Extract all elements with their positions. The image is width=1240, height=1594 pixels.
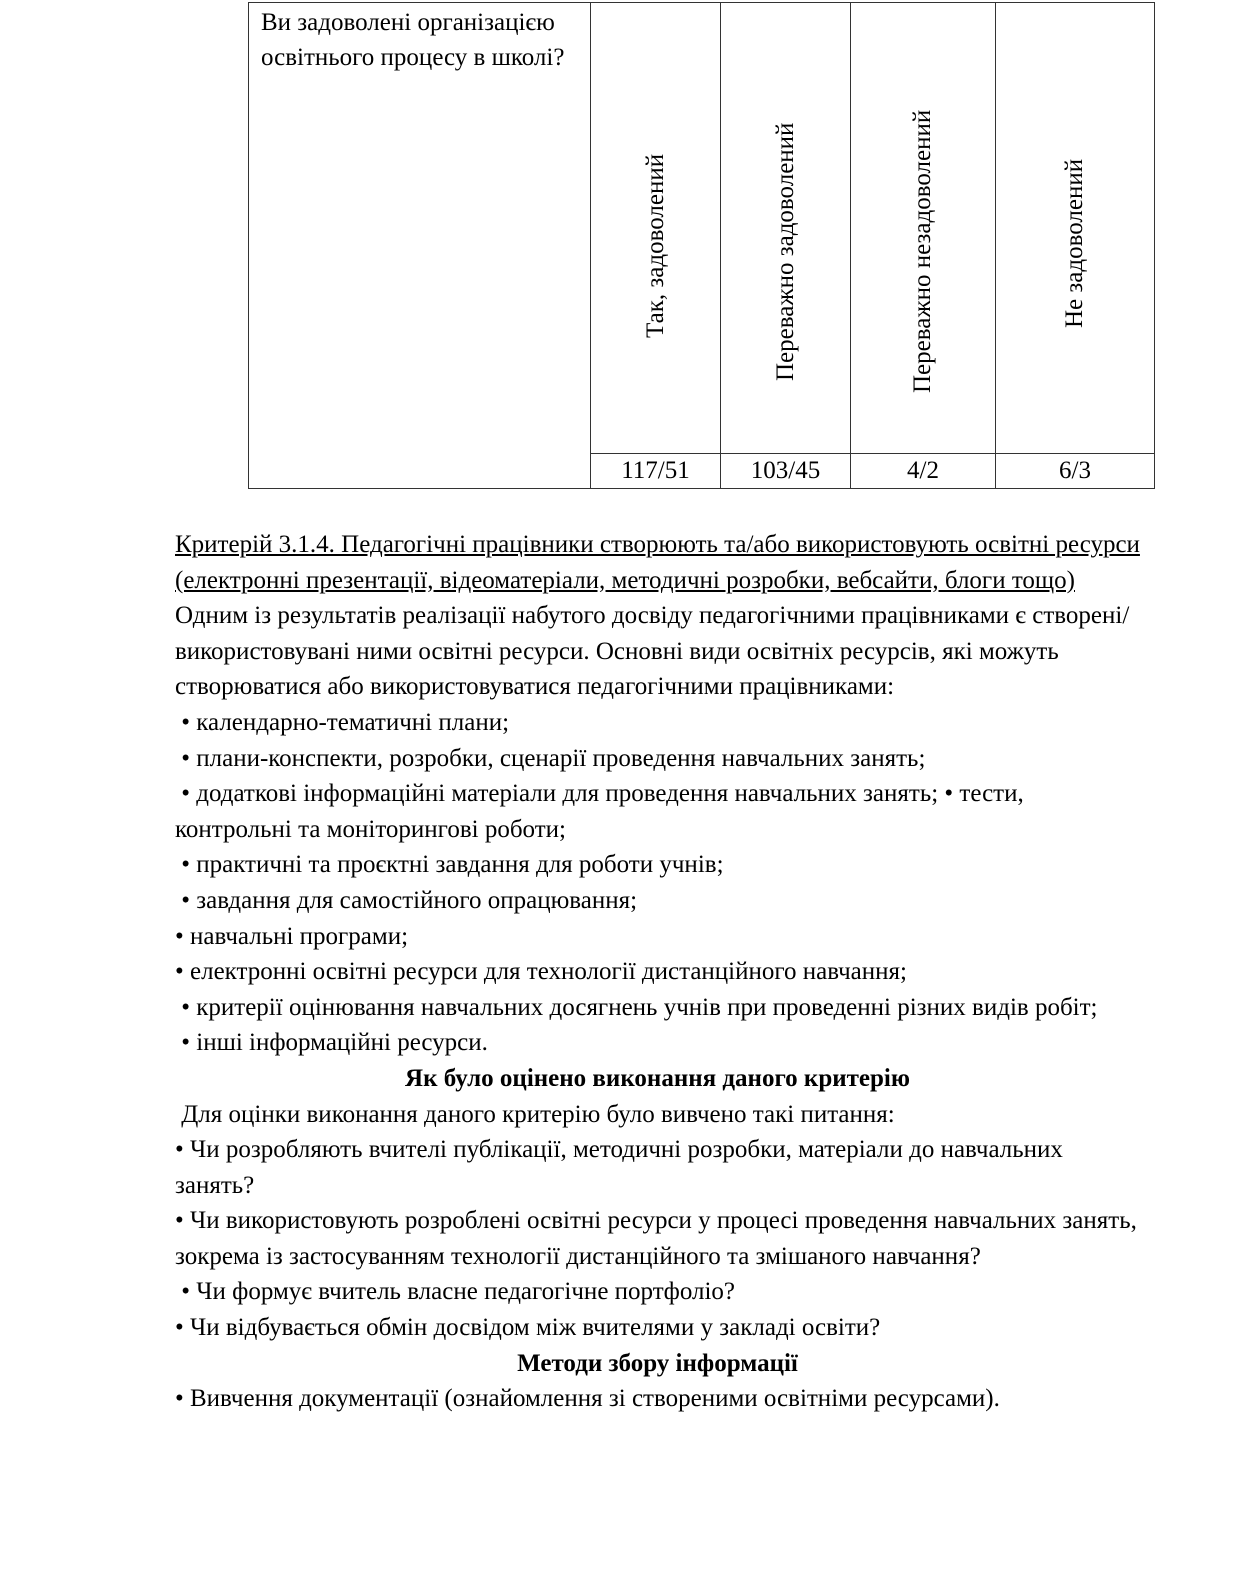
survey-table: Ви задоволені організацією освітнього пр… xyxy=(248,2,1155,489)
list-item: • плани-конспекти, розробки, сценарії пр… xyxy=(175,741,1140,777)
option-header: Переважно незадоволений xyxy=(851,3,996,454)
survey-question: Ви задоволені організацією освітнього пр… xyxy=(249,3,591,489)
list-item: • електронні освітні ресурси для техноло… xyxy=(175,954,1140,990)
option-header: Не задоволений xyxy=(996,3,1155,454)
list-item: • інші інформаційні ресурси. xyxy=(175,1025,1140,1061)
list-item: • завдання для самостійного опрацювання; xyxy=(175,883,1140,919)
list-item: • Чи відбувається обмін досвідом між вчи… xyxy=(175,1310,1140,1346)
resources-list: • календарно-тематичні плани; • плани-ко… xyxy=(175,705,1140,1061)
intro-paragraph: Одним із результатів реалізації набутого… xyxy=(175,598,1140,705)
methods-list: • Вивчення документації (ознайомлення зі… xyxy=(175,1381,1140,1417)
list-item: • практичні та проєктні завдання для роб… xyxy=(175,847,1140,883)
assessment-heading: Як було оцінено виконання даного критері… xyxy=(175,1061,1140,1097)
list-item: • Вивчення документації (ознайомлення зі… xyxy=(175,1381,1140,1417)
option-header: Так, задоволений xyxy=(591,3,721,454)
assessment-intro: Для оцінки виконання даного критерію бул… xyxy=(175,1097,1140,1133)
list-item: • календарно-тематичні плани; xyxy=(175,705,1140,741)
option-value: 6/3 xyxy=(996,454,1155,489)
list-item: • критерії оцінювання навчальних досягне… xyxy=(175,990,1140,1026)
option-header: Переважно задоволений xyxy=(721,3,851,454)
questions-list: • Чи розробляють вчителі публікації, мет… xyxy=(175,1132,1140,1346)
list-item: • Чи формує вчитель власне педагогічне п… xyxy=(175,1274,1140,1310)
option-value: 103/45 xyxy=(721,454,851,489)
document-body: Критерій 3.1.4. Педагогічні працівники с… xyxy=(175,527,1140,1417)
list-item: • навчальні програми; xyxy=(175,919,1140,955)
criterion-heading: Критерій 3.1.4. Педагогічні працівники с… xyxy=(175,527,1140,598)
option-value: 4/2 xyxy=(851,454,996,489)
list-item: • додаткові інформаційні матеріали для п… xyxy=(175,776,1140,847)
list-item: • Чи розробляють вчителі публікації, мет… xyxy=(175,1132,1140,1203)
list-item: • Чи використовують розроблені освітні р… xyxy=(175,1203,1140,1274)
methods-heading: Методи збору інформації xyxy=(175,1346,1140,1382)
option-value: 117/51 xyxy=(591,454,721,489)
